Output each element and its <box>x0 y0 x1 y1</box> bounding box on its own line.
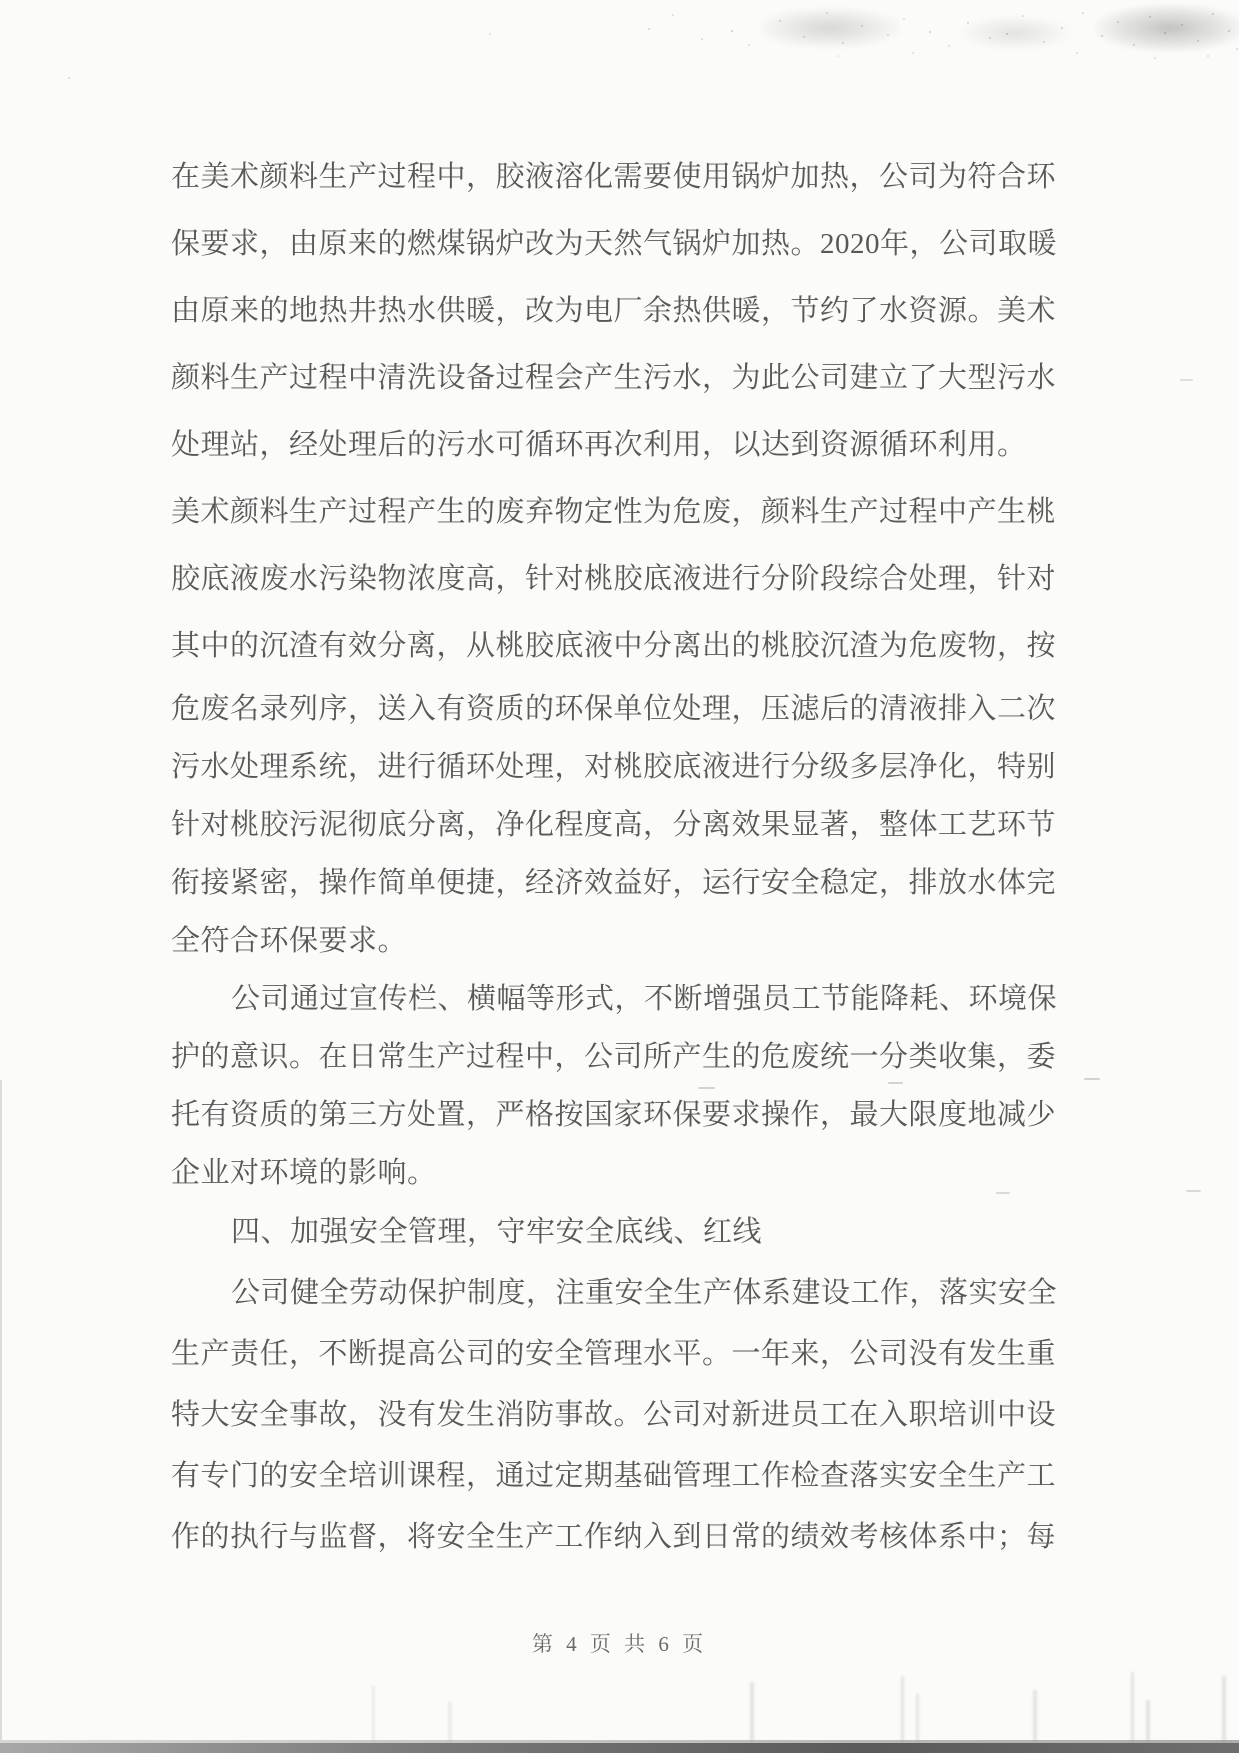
scanned-document-page: 在美术颜料生产过程中，胶液溶化需要使用锅炉加热，公司为符合环保要求，由原来的燃煤… <box>0 0 1239 1753</box>
scan-speckles <box>0 0 2 2</box>
text-line: 污水处理系统，进行循环处理，对桃胶底液进行分级多层净化，特别 <box>171 738 1081 796</box>
text-line: 护的意识。在日常生产过程中，公司所产生的危废统一分类收集，委 <box>171 1028 1081 1086</box>
text-line: 企业对环境的影响。 <box>171 1144 1081 1202</box>
page-number: 第 4 页 共 6 页 <box>0 1628 1239 1658</box>
scan-streak <box>901 1676 904 1742</box>
text-line: 全符合环保要求。 <box>171 912 1081 970</box>
scan-smudge <box>960 16 1070 50</box>
scanner-edge-artifact <box>0 1743 1239 1753</box>
text-line: 衔接紧密，操作简单便捷，经济效益好，运行安全稳定，排放水体完 <box>171 854 1081 912</box>
scan-streak <box>1146 1700 1150 1742</box>
text-line: 特大安全事故，没有发生消防事故。公司对新进员工在入职培训中设 <box>171 1385 1081 1446</box>
scan-streak <box>372 1686 375 1742</box>
text-line: 托有资质的第三方处置，严格按国家环保要求操作，最大限度地减少 <box>171 1086 1081 1144</box>
text-line: 四、加强安全管理，守牢安全底线、红线 <box>171 1202 1081 1263</box>
text-line: 在美术颜料生产过程中，胶液溶化需要使用锅炉加热，公司为符合环 <box>171 144 1081 211</box>
text-line: 公司健全劳动保护制度，注重安全生产体系建设工作，落实安全 <box>171 1263 1081 1324</box>
scan-mark <box>1180 379 1193 381</box>
text-line: 作的执行与监督，将安全生产工作纳入到日常的绩效考核体系中；每 <box>171 1507 1081 1568</box>
scan-streak <box>916 1694 919 1742</box>
scan-streak <box>750 1682 754 1742</box>
text-line: 保要求，由原来的燃煤锅炉改为天然气锅炉加热。2020年，公司取暖 <box>171 211 1081 278</box>
text-line: 美术颜料生产过程产生的废弃物定性为危废，颜料生产过程中产生桃 <box>171 479 1081 546</box>
text-line: 危废名录列序，送入有资质的环保单位处理，压滤后的清液排入二次 <box>171 680 1081 738</box>
text-line: 颜料生产过程中清洗设备过程会产生污水，为此公司建立了大型污水 <box>171 345 1081 412</box>
text-line: 生产责任，不断提高公司的安全管理水平。一年来，公司没有发生重 <box>171 1324 1081 1385</box>
text-line: 胶底液废水污染物浓度高，针对桃胶底液进行分阶段综合处理，针对 <box>171 546 1081 613</box>
scan-streak <box>1222 1676 1226 1742</box>
text-line: 公司通过宣传栏、横幅等形式，不断增强员工节能降耗、环境保 <box>171 970 1081 1028</box>
text-line: 针对桃胶污泥彻底分离，净化程度高，分离效果显著，整体工艺环节 <box>171 796 1081 854</box>
text-line: 其中的沉渣有效分离，从桃胶底液中分离出的桃胶沉渣为危废物，按 <box>171 613 1081 680</box>
scan-mark <box>1186 1190 1201 1192</box>
scan-streak <box>1131 1672 1134 1742</box>
text-line: 处理站，经处理后的污水可循环再次利用，以达到资源循环利用。 <box>171 412 1081 479</box>
document-body: 在美术颜料生产过程中，胶液溶化需要使用锅炉加热，公司为符合环保要求，由原来的燃煤… <box>171 144 1081 1568</box>
text-line: 有专门的安全培训课程，通过定期基础管理工作检查落实安全生产工 <box>171 1446 1081 1507</box>
scan-mark <box>1084 1078 1100 1080</box>
text-line: 由原来的地热井热水供暖，改为电厂余热供暖，节约了水资源。美术 <box>171 278 1081 345</box>
scan-streak <box>1033 1690 1037 1742</box>
scan-streak <box>448 1702 452 1742</box>
scan-smudge <box>1095 4 1239 52</box>
scan-smudge <box>760 8 900 48</box>
